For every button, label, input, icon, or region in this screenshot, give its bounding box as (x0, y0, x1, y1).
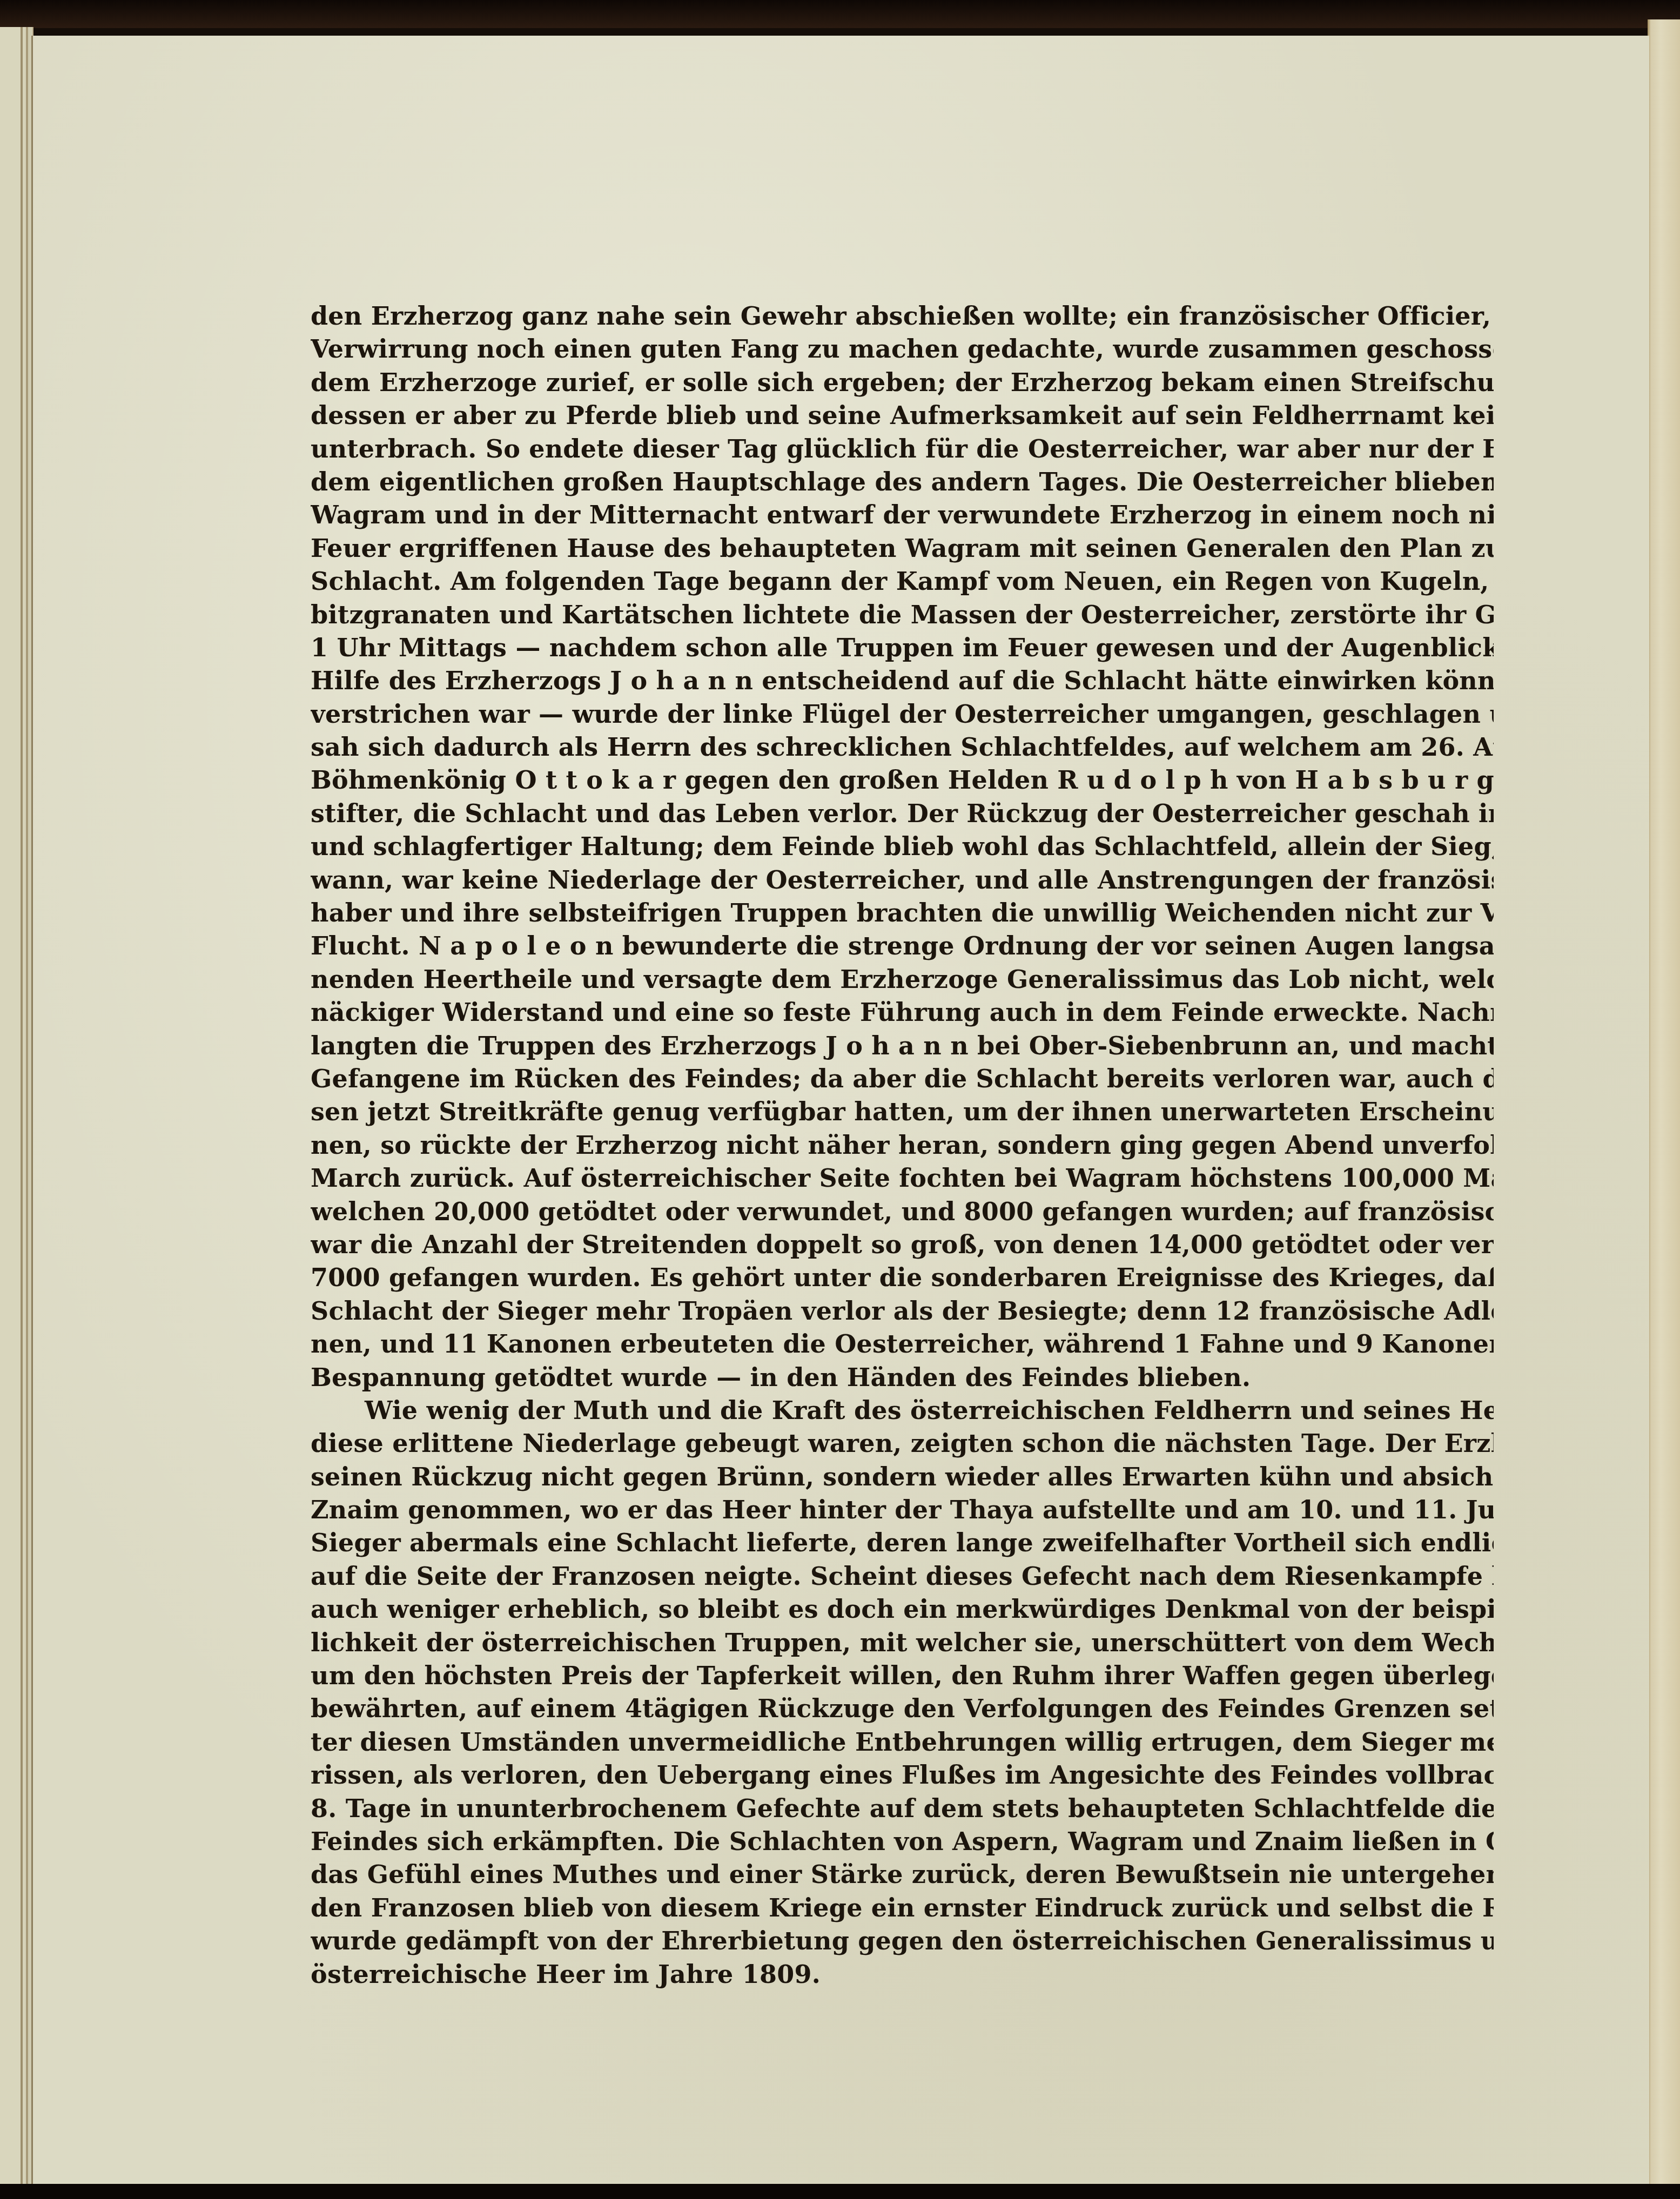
text-line: Wagram und in der Mitternacht entwarf de… (311, 499, 1494, 532)
text-line: haber und ihre selbsteifrigen Truppen br… (311, 897, 1494, 930)
text-line: den Erzherzog ganz nahe sein Gewehr absc… (311, 300, 1494, 333)
text-line: lichkeit der österreichischen Truppen, m… (311, 1626, 1494, 1659)
text-line: um den höchsten Preis der Tapferkeit wil… (311, 1659, 1494, 1692)
text-line: ter diesen Umständen unvermeidliche Entb… (311, 1726, 1494, 1759)
text-line: Flucht. N a p o l e o n bewunderte die s… (311, 930, 1494, 963)
text-line: langten die Truppen des Erzherzogs J o h… (311, 1030, 1494, 1062)
text-line: dessen er aber zu Pferde blieb und seine… (311, 399, 1494, 432)
text-line: Feindes sich erkämpften. Die Schlachten … (311, 1825, 1494, 1858)
text-line: österreichische Heer im Jahre 1809. (311, 1958, 1494, 1991)
text-line: dem eigentlichen großen Hauptschlage des… (311, 466, 1494, 499)
text-line: nen, so rückte der Erzherzog nicht näher… (311, 1129, 1494, 1162)
text-line: rissen, als verloren, den Uebergang eine… (311, 1759, 1494, 1792)
text-line: wann, war keine Niederlage der Oesterrei… (311, 864, 1494, 897)
body-text: den Erzherzog ganz nahe sein Gewehr absc… (311, 300, 1494, 1991)
text-line: Gefangene im Rücken des Feindes; da aber… (311, 1062, 1494, 1095)
text-line: March zurück. Auf österreichischer Seite… (311, 1162, 1494, 1195)
text-line: stifter, die Schlacht und das Leben verl… (311, 797, 1494, 830)
text-line: Böhmenkönig O t t o k a r gegen den groß… (311, 764, 1494, 797)
text-line: Wie wenig der Muth und die Kraft des öst… (311, 1394, 1494, 1427)
text-line: Schlacht. Am folgenden Tage begann der K… (311, 565, 1494, 598)
text-line: diese erlittene Niederlage gebeugt waren… (311, 1427, 1494, 1460)
text-line: sah sich dadurch als Herrn des schreckli… (311, 731, 1494, 764)
text-line: war die Anzahl der Streitenden doppelt s… (311, 1228, 1494, 1261)
text-line: unterbrach. So endete dieser Tag glückli… (311, 433, 1494, 466)
adjacent-page-edge (1648, 19, 1680, 2188)
text-line: Znaim genommen, wo er das Heer hinter de… (311, 1494, 1494, 1526)
page-stack-edge (0, 27, 33, 2185)
text-line: nen, und 11 Kanonen erbeuteten die Oeste… (311, 1328, 1494, 1361)
paragraph: den Erzherzog ganz nahe sein Gewehr absc… (311, 300, 1494, 1394)
text-line: näckiger Widerstand und eine so feste Fü… (311, 996, 1494, 1029)
text-line: Schlacht der Sieger mehr Tropäen verlor … (311, 1295, 1494, 1328)
text-line: bitzgranaten und Kartätschen lichtete di… (311, 598, 1494, 631)
text-line: Bespannung getödtet wurde — in den Hände… (311, 1361, 1494, 1394)
paragraph: Wie wenig der Muth und die Kraft des öst… (311, 1394, 1494, 1991)
text-line: Verwirrung noch einen guten Fang zu mach… (311, 333, 1494, 366)
text-line: Hilfe des Erzherzogs J o h a n n entsche… (311, 664, 1494, 697)
text-line: 1 Uhr Mittags — nachdem schon alle Trupp… (311, 631, 1494, 664)
text-line: Feuer ergriffenen Hause des behaupteten … (311, 532, 1494, 565)
text-line: 7000 gefangen wurden. Es gehört unter di… (311, 1261, 1494, 1294)
text-line: Sieger abermals eine Schlacht lieferte, … (311, 1526, 1494, 1559)
text-line: nenden Heertheile und versagte dem Erzhe… (311, 963, 1494, 996)
book-top-edge (0, 0, 1680, 28)
book-bottom-edge (0, 2184, 1680, 2199)
text-line: das Gefühl eines Muthes und einer Stärke… (311, 1858, 1494, 1891)
text-line: den Franzosen blieb von diesem Kriege ei… (311, 1892, 1494, 1925)
text-line: wurde gedämpft von der Ehrerbietung gege… (311, 1925, 1494, 1958)
text-line: bewährten, auf einem 4tägigen Rückzuge d… (311, 1692, 1494, 1725)
text-line: 8. Tage in ununterbrochenem Gefechte auf… (311, 1792, 1494, 1825)
text-line: welchen 20,000 getödtet oder verwundet, … (311, 1195, 1494, 1228)
text-line: und schlagfertiger Haltung; dem Feinde b… (311, 830, 1494, 863)
text-line: seinen Rückzug nicht gegen Brünn, sonder… (311, 1461, 1494, 1494)
text-line: auf die Seite der Franzosen neigte. Sche… (311, 1560, 1494, 1593)
text-line: verstrichen war — wurde der linke Flügel… (311, 698, 1494, 731)
text-line: auch weniger erheblich, so bleibt es doc… (311, 1593, 1494, 1626)
text-line: sen jetzt Streitkräfte genug verfügbar h… (311, 1095, 1494, 1128)
text-line: dem Erzherzoge zurief, er solle sich erg… (311, 366, 1494, 399)
